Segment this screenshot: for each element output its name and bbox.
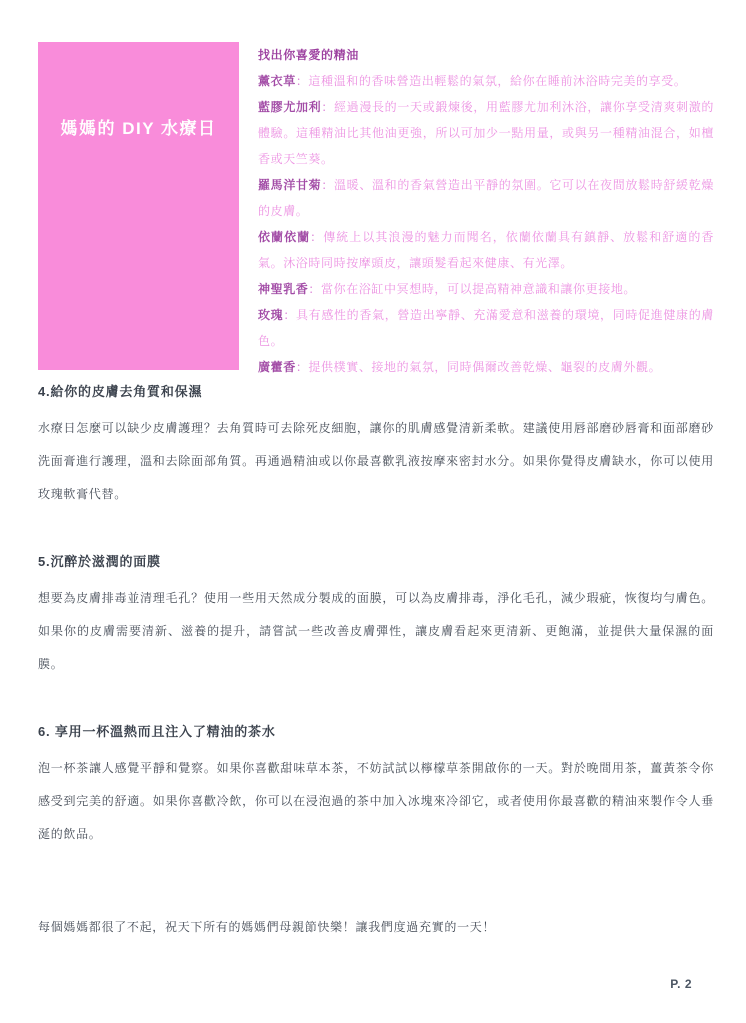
body-sections: 4.給你的皮膚去角質和保濕 水療日怎麼可以缺少皮膚護理？去角質時可去除死皮細胞，… bbox=[38, 381, 714, 937]
oil-item-rose: 玫瑰：具有感性的香氣，營造出寧靜、充滿愛意和滋養的環境，同時促進健康的膚色。 bbox=[258, 302, 714, 354]
closing-paragraph: 每個媽媽都很了不起，祝天下所有的媽媽們母親節快樂！讓我們度過充實的一天！ bbox=[38, 917, 714, 937]
section-body: 水療日怎麼可以缺少皮膚護理？去角質時可去除死皮細胞，讓你的肌膚感覺清新柔軟。建議… bbox=[38, 412, 714, 511]
section-face-mask: 5.沉醉於滋潤的面膜 想要為皮膚排毒並清理毛孔？使用一些用天然成分製成的面膜，可… bbox=[38, 551, 714, 681]
oil-item-frankincense: 神聖乳香：當你在浴缸中冥想時，可以提高精神意識和讓你更接地。 bbox=[258, 276, 714, 302]
section-body: 想要為皮膚排毒並清理毛孔？使用一些用天然成分製成的面膜，可以為皮膚排毒，淨化毛孔… bbox=[38, 582, 714, 681]
oil-name: 玫瑰 bbox=[258, 308, 283, 322]
oil-colon: ： bbox=[296, 74, 309, 88]
oil-name: 藍膠尤加利 bbox=[258, 100, 321, 114]
oil-colon: ： bbox=[310, 230, 323, 244]
oil-name: 神聖乳香 bbox=[258, 282, 308, 296]
oil-name: 依蘭依蘭 bbox=[258, 230, 310, 244]
section-heading: 5.沉醉於滋潤的面膜 bbox=[38, 551, 714, 573]
oils-heading: 找出你喜愛的精油 bbox=[258, 42, 714, 68]
section-heading: 6. 享用一杯溫熱而且注入了精油的茶水 bbox=[38, 721, 714, 743]
oil-description: 當你在浴缸中冥想時，可以提高精神意識和讓你更接地。 bbox=[321, 282, 636, 296]
top-area: 媽媽的 DIY 水療日 找出你喜愛的精油 薰衣草：這種溫和的香味營造出輕鬆的氣氛… bbox=[0, 0, 746, 385]
oil-colon: ： bbox=[321, 178, 334, 192]
oil-item-lavender: 薰衣草：這種溫和的香味營造出輕鬆的氣氛，給你在睡前沐浴時完美的享受。 bbox=[258, 68, 714, 94]
oil-item-roman-chamomile: 羅馬洋甘菊：溫暖、溫和的香氣營造出平靜的氛圍。它可以在夜間放鬆時舒緩乾燥的皮膚。 bbox=[258, 172, 714, 224]
oil-colon: ： bbox=[321, 100, 334, 114]
oil-item-patchouli: 廣藿香：提供樸實、接地的氣氛，同時偶爾改善乾燥、龜裂的皮膚外觀。 bbox=[258, 354, 714, 380]
oil-name: 羅馬洋甘菊 bbox=[258, 178, 321, 192]
page-number: P. 2 bbox=[670, 977, 692, 991]
section-heading: 4.給你的皮膚去角質和保濕 bbox=[38, 381, 714, 403]
oil-description: 這種溫和的香味營造出輕鬆的氣氛，給你在睡前沐浴時完美的享受。 bbox=[308, 74, 686, 88]
oil-name: 廣藿香 bbox=[258, 360, 296, 374]
oil-item-eucalyptus: 藍膠尤加利：經過漫長的一天或鍛煉後，用藍膠尤加利沐浴，讓你享受清爽刺激的體驗。這… bbox=[258, 94, 714, 172]
oil-item-ylang-ylang: 依蘭依蘭：傳統上以其浪漫的魅力而聞名，依蘭依蘭具有鎮靜、放鬆和舒適的香氣。沐浴時… bbox=[258, 224, 714, 276]
section-exfoliate-moisturize: 4.給你的皮膚去角質和保濕 水療日怎麼可以缺少皮膚護理？去角質時可去除死皮細胞，… bbox=[38, 381, 714, 511]
oils-column: 找出你喜愛的精油 薰衣草：這種溫和的香味營造出輕鬆的氣氛，給你在睡前沐浴時完美的… bbox=[258, 42, 714, 380]
pink-banner: 媽媽的 DIY 水療日 bbox=[38, 42, 239, 370]
document-page: 媽媽的 DIY 水療日 找出你喜愛的精油 薰衣草：這種溫和的香味營造出輕鬆的氣氛… bbox=[0, 0, 746, 1023]
section-body: 泡一杯茶讓人感覺平靜和覺察。如果你喜歡甜味草本茶，不妨試試以檸檬草茶開啟你的一天… bbox=[38, 752, 714, 851]
section-oil-infused-tea: 6. 享用一杯溫熱而且注入了精油的茶水 泡一杯茶讓人感覺平靜和覺察。如果你喜歡甜… bbox=[38, 721, 714, 851]
banner-title: 媽媽的 DIY 水療日 bbox=[38, 114, 239, 139]
oil-description: 提供樸實、接地的氣氛，同時偶爾改善乾燥、龜裂的皮膚外觀。 bbox=[308, 360, 661, 374]
oil-name: 薰衣草 bbox=[258, 74, 296, 88]
oil-description: 傳統上以其浪漫的魅力而聞名，依蘭依蘭具有鎮靜、放鬆和舒適的香氣。沐浴時同時按摩頭… bbox=[258, 230, 714, 270]
oil-description: 具有感性的香氣，營造出寧靜、充滿愛意和滋養的環境，同時促進健康的膚色。 bbox=[258, 308, 714, 348]
oil-colon: ： bbox=[308, 282, 321, 296]
oil-colon: ： bbox=[283, 308, 296, 322]
oil-colon: ： bbox=[296, 360, 309, 374]
